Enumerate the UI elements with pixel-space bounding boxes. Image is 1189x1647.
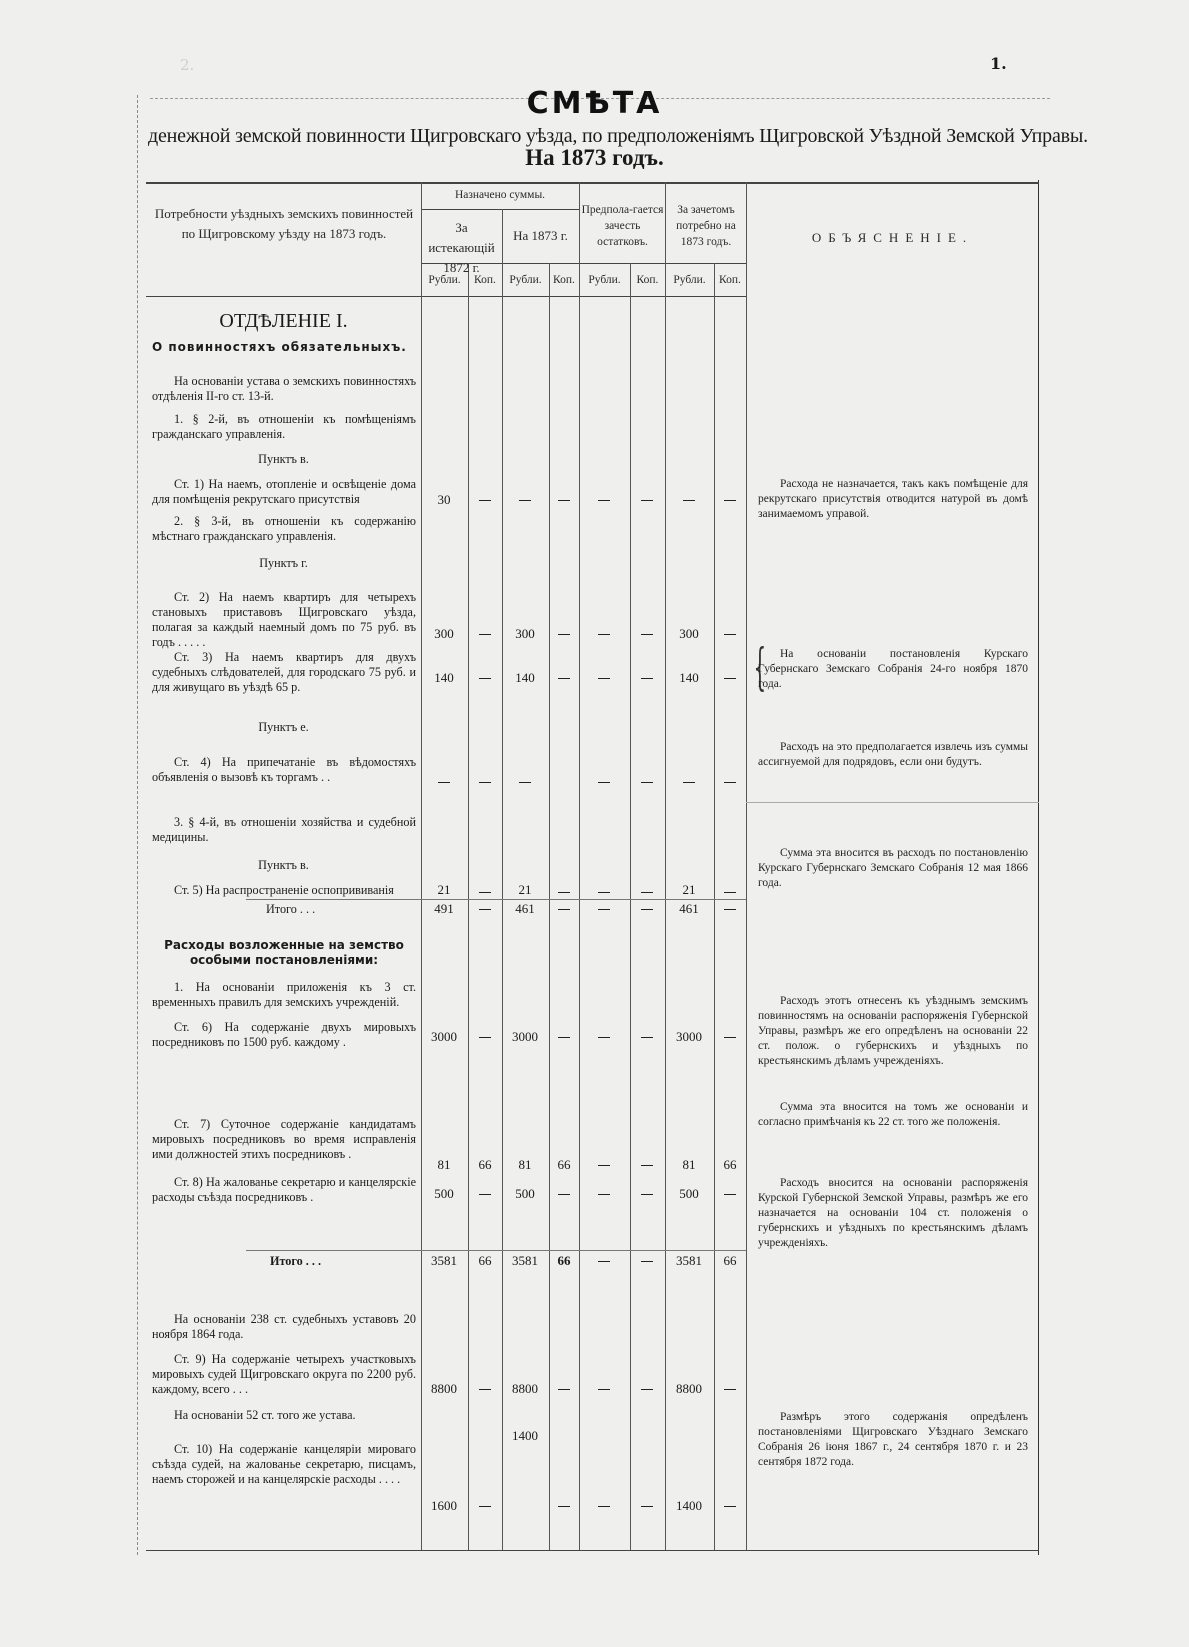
cell-st5-rub-1873: 21	[505, 882, 545, 898]
dash-icon	[724, 500, 736, 501]
cell-st9-rub-net: 8800	[669, 1381, 709, 1397]
dash-icon	[641, 634, 653, 635]
article-1-text: Ст. 1) На наемъ, отопленіе и освѣщеніе д…	[152, 477, 416, 507]
dash-icon	[641, 1506, 653, 1507]
dash-icon	[683, 500, 695, 501]
cell-st7-kop-1872: 66	[465, 1157, 505, 1173]
article-2-text: Ст. 2) На наемъ квартиръ для четырехъ ст…	[152, 590, 416, 650]
dash-icon	[598, 1037, 610, 1038]
dash-icon	[598, 1165, 610, 1166]
cell-st3-rub-1873: 140	[505, 670, 545, 686]
article-10-text: Ст. 10) На содержаніе канцеляріи мироваг…	[152, 1442, 416, 1487]
cell-st3-rub-net: 140	[669, 670, 709, 686]
dash-icon	[479, 1037, 491, 1038]
cell-st5-rub-1872: 21	[424, 882, 464, 898]
punkt-e-heading: Пунктъ е.	[146, 720, 421, 735]
cell-st5-rub-net: 21	[669, 882, 709, 898]
cell-itogo2-kop-net: 66	[710, 1253, 750, 1269]
explanation-6: Сумма эта вносится на томъ же основаніи …	[758, 1100, 1028, 1130]
cell-itogo2-rub-net: 3581	[669, 1253, 709, 1269]
cell-st2-rub-1873: 300	[505, 626, 545, 642]
dash-icon	[479, 782, 491, 783]
header-rule-assigned	[421, 209, 579, 210]
col-line-8	[714, 263, 715, 1550]
col-line-5	[579, 182, 580, 1550]
dash-icon	[724, 678, 736, 679]
dash-icon	[641, 1037, 653, 1038]
dash-icon	[724, 892, 736, 893]
paragraph-1: 1. § 2-й, въ отношеніи къ помѣщеніямъ гр…	[152, 412, 416, 442]
dash-icon	[479, 1506, 491, 1507]
explanation-1: Расхода не назначается, такъ какъ помѣще…	[758, 477, 1028, 522]
unit-rub-2: Рубли.	[502, 272, 549, 288]
unit-kop-2: Коп.	[549, 272, 579, 288]
dash-icon	[598, 909, 610, 910]
header-needs: Потребности уѣздныхъ земскихъ повинносте…	[152, 204, 416, 244]
cell-st3-rub-1872: 140	[424, 670, 464, 686]
cell-itogo2-kop-1873: 66	[544, 1253, 584, 1269]
budget-table: Потребности уѣздныхъ земскихъ повинносте…	[146, 182, 1039, 1550]
dash-icon	[558, 1037, 570, 1038]
special-heading: Расходы возложенные на земство особыми п…	[152, 938, 416, 968]
dash-icon	[558, 1389, 570, 1390]
cell-st8-rub-1872: 500	[424, 1186, 464, 1202]
cell-st2-rub-1872: 300	[424, 626, 464, 642]
cell-itogo2-kop-1872: 66	[465, 1253, 505, 1269]
cell-itogo1-rub-1873: 461	[505, 901, 545, 917]
explanation-2: На основаніи постановленія Курскаго Губе…	[758, 647, 1028, 692]
dash-icon	[641, 892, 653, 893]
explanation-5: Расходъ этотъ отнесенъ къ уѣзднымъ земск…	[758, 994, 1028, 1069]
dash-icon	[558, 500, 570, 501]
dash-icon	[479, 1194, 491, 1195]
ghost-page-number: 2.	[180, 56, 194, 74]
dash-icon	[558, 892, 570, 893]
article-9-text: Ст. 9) На содержаніе четырехъ участковых…	[152, 1352, 416, 1397]
col-line-4	[549, 263, 550, 1550]
itogo2-rule	[246, 1250, 746, 1251]
cell-p52-rub-1873: 1400	[505, 1428, 545, 1444]
dash-icon	[641, 782, 653, 783]
table-bottom-rule	[146, 1550, 1039, 1551]
dash-icon	[598, 678, 610, 679]
cell-st7-rub-net: 81	[669, 1157, 709, 1173]
explanation-3: Расходъ на это предполагается извлечь из…	[758, 740, 1028, 770]
cell-itogo1-rub-net: 461	[669, 901, 709, 917]
dash-icon	[598, 1389, 610, 1390]
header-assigned: Назначено суммы.	[421, 187, 579, 203]
table-top-rule	[146, 182, 1039, 184]
paragraph-3: 3. § 4-й, въ отношеніи хозяйства и судеб…	[152, 815, 416, 845]
dash-icon	[598, 1506, 610, 1507]
cell-st6-rub-1872: 3000	[424, 1029, 464, 1045]
dash-icon	[519, 782, 531, 783]
article-5-text: Ст. 5) На распространеніе оспопрививанія	[152, 883, 416, 898]
dash-icon	[598, 782, 610, 783]
col-line-2	[468, 263, 469, 1550]
explanation-8: Размѣръ этого содержанія опредѣленъ пост…	[758, 1410, 1028, 1470]
paragraph-2: 2. § 3-й, въ отношеніи къ содержанію мѣс…	[152, 514, 416, 544]
cell-st7-kop-1873: 66	[544, 1157, 584, 1173]
itogo-1-label: Итого . . .	[266, 902, 416, 917]
header-after-offset: За зачетомъ потребно на 1873 годъ.	[666, 202, 746, 250]
col-line-9	[746, 182, 747, 1550]
unit-kop-4: Коп.	[714, 272, 746, 288]
unit-rub-3: Рубли.	[579, 272, 630, 288]
dash-icon	[479, 500, 491, 501]
paragraph-52: На основаніи 52 ст. того же устава.	[152, 1408, 416, 1423]
dash-icon	[598, 892, 610, 893]
article-7-text: Ст. 7) Суточное содержаніе кандидатамъ м…	[152, 1117, 416, 1162]
dash-icon	[479, 678, 491, 679]
col-line-1	[421, 182, 422, 1550]
document-title: СМѢТА	[0, 86, 1189, 121]
dash-icon	[641, 909, 653, 910]
dash-icon	[724, 1194, 736, 1195]
dash-icon	[724, 782, 736, 783]
dash-icon	[641, 678, 653, 679]
dash-icon	[479, 892, 491, 893]
unit-rub-4: Рубли.	[665, 272, 714, 288]
dash-icon	[598, 1194, 610, 1195]
cell-itogo2-rub-1872: 3581	[424, 1253, 464, 1269]
unit-kop-1: Коп.	[468, 272, 502, 288]
dash-icon	[724, 634, 736, 635]
cell-st6-rub-1873: 3000	[505, 1029, 545, 1045]
dash-icon	[683, 782, 695, 783]
dash-icon	[641, 1389, 653, 1390]
explanation-4: Сумма эта вносится въ расходъ по постано…	[758, 846, 1028, 891]
cell-st1-rub-1872: 30	[424, 492, 464, 508]
cell-st8-rub-net: 500	[669, 1186, 709, 1202]
dash-icon	[558, 909, 570, 910]
article-3-text: Ст. 3) На наемъ квартиръ для двухъ судеб…	[152, 650, 416, 695]
punkt-v-heading: Пунктъ в.	[146, 452, 421, 467]
dash-icon	[479, 634, 491, 635]
dash-icon	[519, 500, 531, 501]
punkt-v2-heading: Пунктъ в.	[146, 858, 421, 873]
col-line-3	[502, 209, 503, 1550]
paragraph-special-1: 1. На основаніи приложенія къ 3 ст. врем…	[152, 980, 416, 1010]
article-6-text: Ст. 6) На содержаніе двухъ мировыхъ поср…	[152, 1020, 416, 1050]
dash-icon	[724, 1389, 736, 1390]
dash-icon	[598, 500, 610, 501]
cell-st7-kop-net: 66	[710, 1157, 750, 1173]
dash-icon	[724, 1037, 736, 1038]
dash-icon	[641, 1165, 653, 1166]
section-intro: На основаніи устава о земскихъ повинност…	[152, 374, 416, 404]
cell-itogo1-rub-1872: 491	[424, 901, 464, 917]
cell-st6-rub-net: 3000	[669, 1029, 709, 1045]
unit-rub-1: Рубли.	[421, 272, 468, 288]
paragraph-238: На основаніи 238 ст. судебныхъ уставовъ …	[152, 1312, 416, 1342]
dash-icon	[438, 782, 450, 783]
dash-icon	[598, 634, 610, 635]
dash-icon	[641, 1194, 653, 1195]
unit-kop-3: Коп.	[630, 272, 665, 288]
dash-icon	[724, 909, 736, 910]
cell-st9-rub-1872: 8800	[424, 1381, 464, 1397]
cell-st9-rub-1873: 8800	[505, 1381, 545, 1397]
itogo-2-label: Итого . . .	[270, 1254, 420, 1269]
section-subtitle: О повинностяхъ обязательныхъ.	[152, 340, 416, 355]
col-line-6	[630, 263, 631, 1550]
explanation-7: Расходъ вносится на основаніи распоряжен…	[758, 1176, 1028, 1251]
dash-icon	[641, 500, 653, 501]
dash-icon	[598, 1261, 610, 1262]
document-year: На 1873 годъ.	[0, 145, 1189, 171]
article-4-text: Ст. 4) На припечатаніе въ вѣдомостяхъ об…	[152, 755, 416, 785]
dash-icon	[558, 634, 570, 635]
cell-itogo2-rub-1873: 3581	[505, 1253, 545, 1269]
cell-st10-rub-1872: 1600	[424, 1498, 464, 1514]
page-edge-left	[137, 95, 138, 1555]
section-title: ОТДѢЛЕНІЕ I.	[146, 310, 421, 333]
cell-st7-rub-1872: 81	[424, 1157, 464, 1173]
page-number: 1.	[990, 54, 1007, 73]
col-line-7	[665, 182, 666, 1550]
dash-icon	[724, 1506, 736, 1507]
fold-line	[746, 802, 1039, 803]
header-bottom-rule	[146, 296, 746, 297]
dash-icon	[479, 1389, 491, 1390]
dash-icon	[558, 1194, 570, 1195]
punkt-g-heading: Пунктъ г.	[146, 556, 421, 571]
cell-st10-rub-net: 1400	[669, 1498, 709, 1514]
header-current-1872: За истекающій 1872 г.	[421, 218, 502, 278]
dash-icon	[558, 1506, 570, 1507]
header-expected-offset: Предпола-гается зачесть остатковъ.	[580, 202, 665, 250]
itogo1-rule	[246, 899, 746, 900]
cell-st8-rub-1873: 500	[505, 1186, 545, 1202]
dash-icon	[479, 909, 491, 910]
header-explanation: ОБЪЯСНЕНІЕ.	[746, 230, 1039, 246]
dash-icon	[641, 1261, 653, 1262]
cell-st7-rub-1873: 81	[505, 1157, 545, 1173]
cell-st2-rub-net: 300	[669, 626, 709, 642]
header-for-1873: На 1873 г.	[502, 226, 579, 246]
article-8-text: Ст. 8) На жалованье секретарю и канцеляр…	[152, 1175, 416, 1205]
dash-icon	[558, 678, 570, 679]
